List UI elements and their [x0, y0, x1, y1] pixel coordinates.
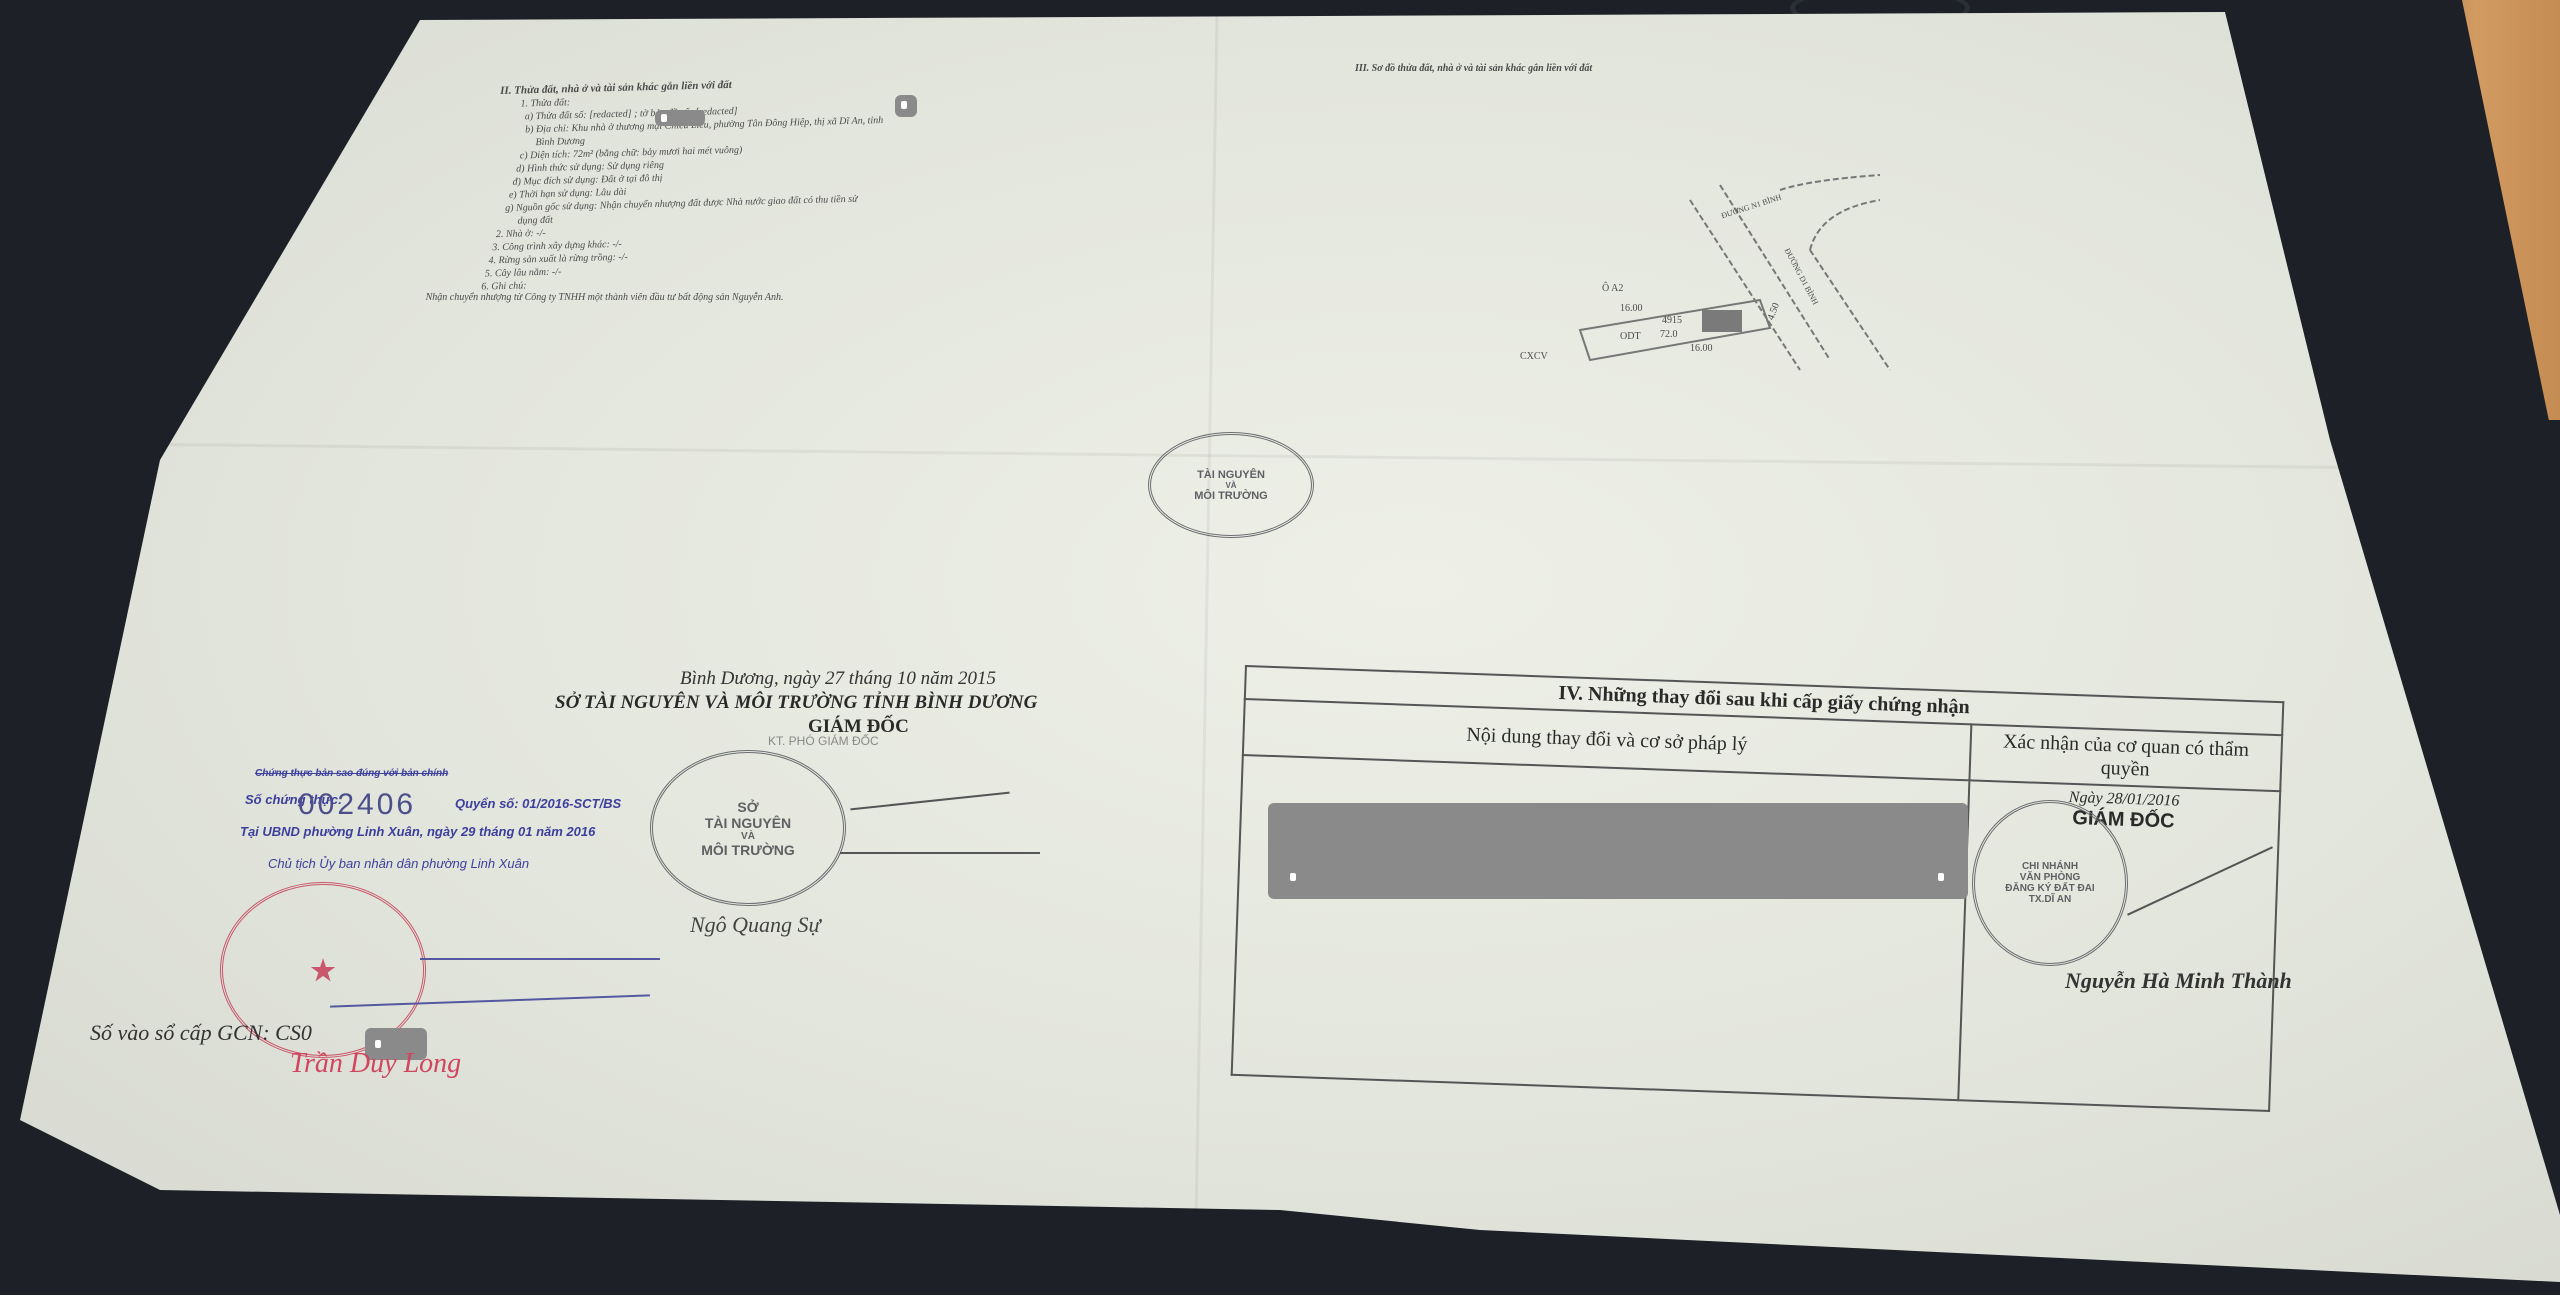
stamp-text: CHI NHÁNH — [2022, 861, 2078, 872]
stamp-text: VĂN PHÒNG — [2020, 872, 2081, 883]
stamp-text: MÔI TRƯỜNG — [1194, 490, 1268, 502]
certified-book: Quyển số: 01/2016-SCT/BS — [455, 796, 621, 811]
land-office-stamp: CHI NHÁNH VĂN PHÒNG ĐĂNG KÝ ĐẤT ĐAI TX.D… — [1972, 800, 2128, 966]
map-label-lot-area: 72.0 — [1660, 328, 1678, 341]
issuer-sub-role: KT. PHÓ GIÁM ĐỐC — [768, 734, 879, 748]
stamp-text: TÀI NGUYÊN — [705, 815, 791, 831]
certified-copy-header: Chứng thực bản sao đúng với bản chính — [255, 768, 448, 779]
parcel-map: Ô A2 16.00 4915 ODT 72.0 16.00 4.50 CXCV… — [1480, 170, 1900, 380]
map-label-lot-number: 4915 — [1662, 314, 1682, 327]
agency-stamp: SỞ TÀI NGUYÊN VÀ MÔI TRƯỜNG — [650, 750, 846, 906]
register-label: Số vào sổ cấp GCN: CS0 — [90, 1020, 312, 1046]
map-label-neighbor: Ô A2 — [1602, 282, 1623, 295]
entry-signer: Nguyễn Hà Minh Thành — [2065, 968, 2292, 994]
stamp-text: SỞ — [737, 799, 758, 815]
section-ii-note: Nhận chuyển nhượng từ Công ty TNHH một t… — [426, 291, 888, 304]
certified-signer: Trần Duy Long — [290, 1048, 461, 1080]
redaction-change-content — [1268, 803, 1968, 899]
certified-place-date: Tại UBND phường Linh Xuân, ngày 29 tháng… — [240, 824, 595, 839]
center-stamp: TÀI NGUYÊN VÀ MÔI TRƯỜNG — [1148, 432, 1314, 538]
map-label-cxcv: CXCV — [1520, 350, 1548, 363]
stamp-text: VÀ — [1225, 481, 1236, 490]
map-label-dim: 16.00 — [1620, 302, 1643, 315]
certified-role: Chủ tịch Ủy ban nhân dân phường Linh Xuâ… — [268, 856, 529, 871]
stamp-text: TX.DĨ AN — [2029, 894, 2071, 905]
redaction — [655, 110, 705, 126]
issuer-signer: Ngô Quang Sự — [690, 912, 821, 938]
stamp-text: ĐĂNG KÝ ĐẤT ĐAI — [2005, 883, 2094, 894]
wooden-floor — [2420, 0, 2560, 420]
stamp-text: MÔI TRƯỜNG — [701, 842, 795, 858]
section-iii-title: III. Sơ đồ thửa đất, nhà ở và tài sản kh… — [1355, 62, 1592, 75]
issue-place-date: Bình Dương, ngày 27 tháng 10 năm 2015 — [680, 668, 996, 690]
stamp-text: VÀ — [741, 831, 755, 842]
signature-line — [420, 958, 660, 960]
map-label-lot-code: ODT — [1620, 330, 1641, 343]
stamp-text: TÀI NGUYÊN — [1197, 469, 1265, 481]
certified-number: 002406 — [298, 788, 416, 822]
map-label-dim: 16.00 — [1690, 342, 1713, 355]
issuing-agency: SỞ TÀI NGUYÊN VÀ MÔI TRƯỜNG TỈNH BÌNH DƯ… — [555, 692, 1037, 714]
fold-line — [1194, 10, 1218, 1230]
signature-line — [840, 852, 1040, 854]
redaction — [895, 95, 917, 117]
